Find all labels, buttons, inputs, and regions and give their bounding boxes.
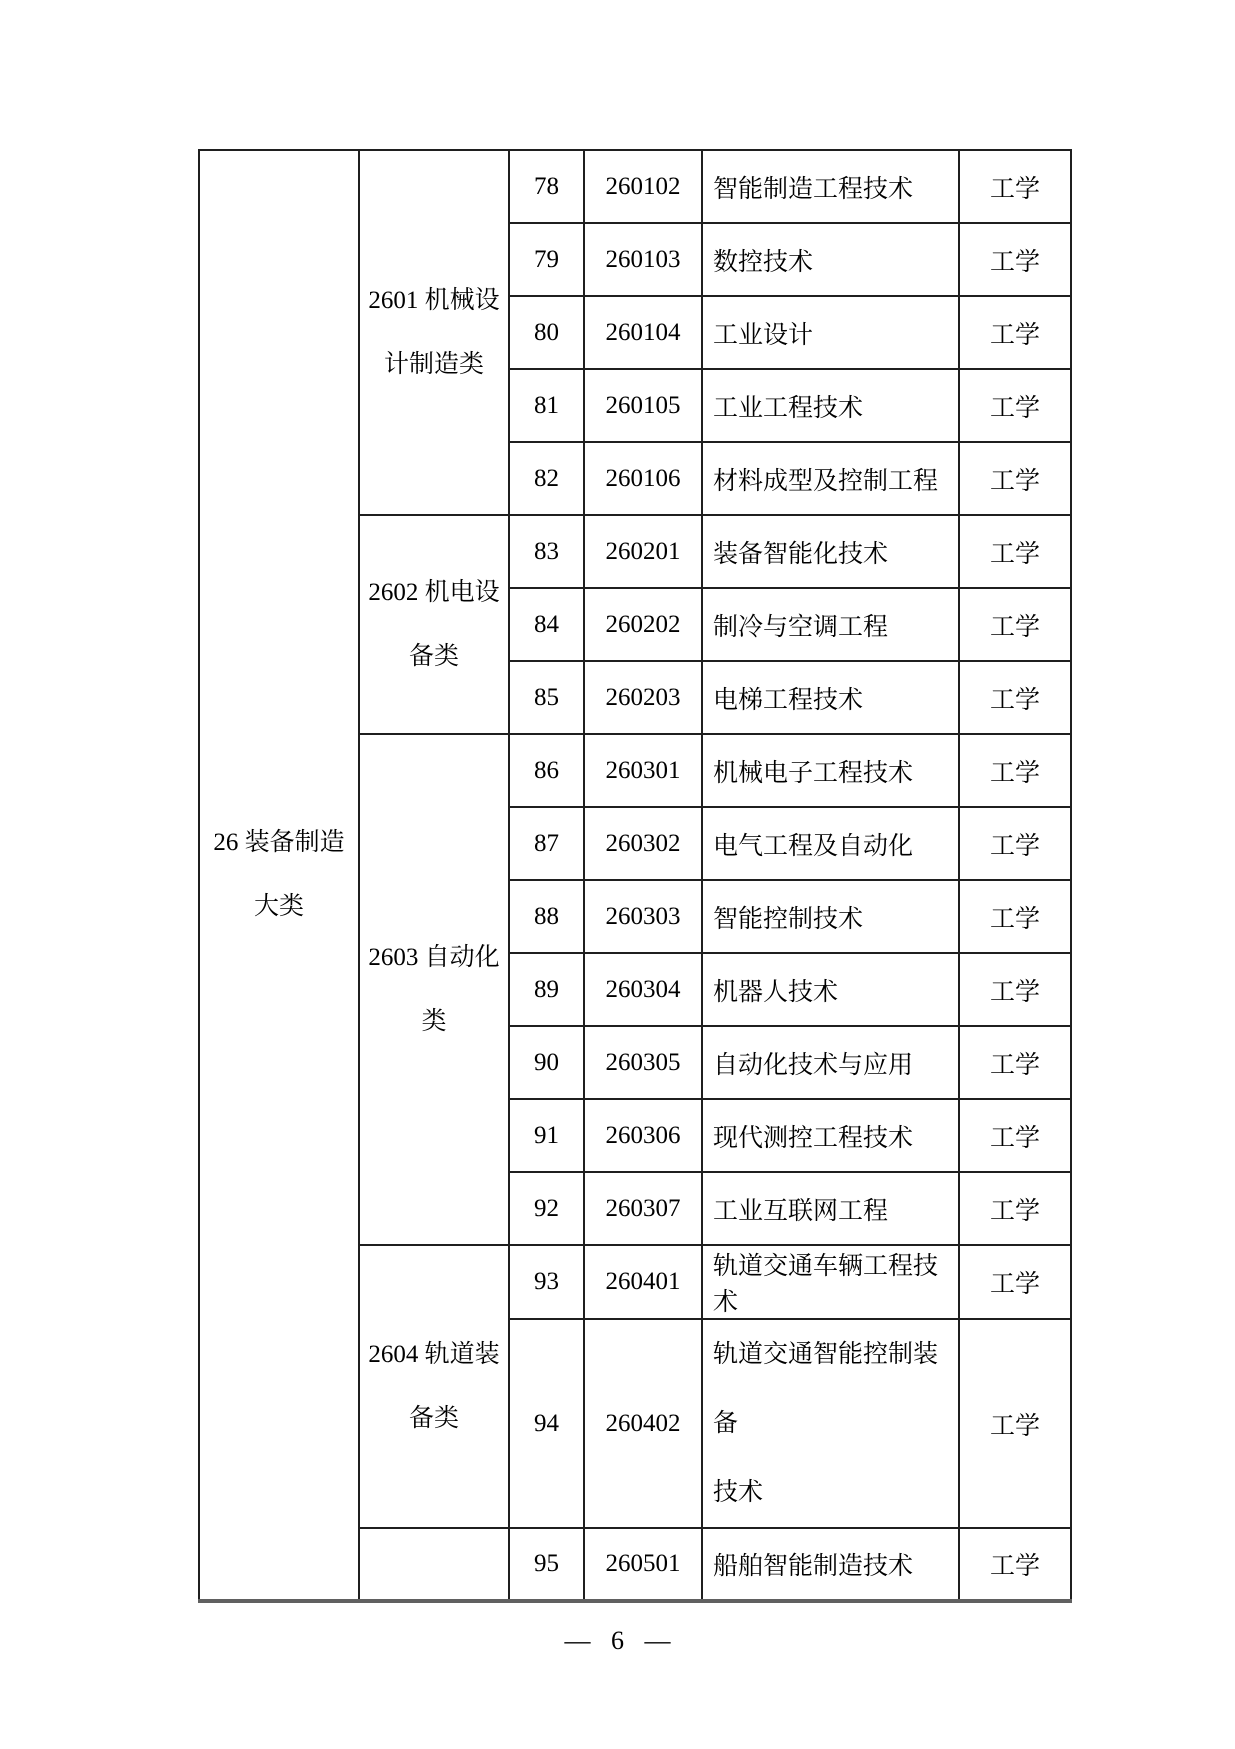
code-cell: 260307 bbox=[584, 1172, 702, 1245]
subcategory-cell: 2603 自动化 类 bbox=[359, 734, 509, 1245]
major-name-cell: 工业互联网工程 bbox=[702, 1172, 959, 1245]
discipline-cell: 工学 bbox=[959, 1026, 1071, 1099]
seq-cell: 87 bbox=[509, 807, 584, 880]
code-cell: 260102 bbox=[584, 150, 702, 223]
discipline-cell: 工学 bbox=[959, 953, 1071, 1026]
code-cell: 260501 bbox=[584, 1528, 702, 1601]
major-name-cell: 轨道交通智能控制装备 技术 bbox=[702, 1319, 959, 1528]
discipline-cell: 工学 bbox=[959, 150, 1071, 223]
major-name-cell: 机械电子工程技术 bbox=[702, 734, 959, 807]
major-name-cell: 电气工程及自动化 bbox=[702, 807, 959, 880]
major-name-cell: 数控技术 bbox=[702, 223, 959, 296]
code-cell: 260306 bbox=[584, 1099, 702, 1172]
discipline-cell: 工学 bbox=[959, 1245, 1071, 1319]
discipline-cell: 工学 bbox=[959, 369, 1071, 442]
code-cell: 260105 bbox=[584, 369, 702, 442]
seq-cell: 88 bbox=[509, 880, 584, 953]
document-page: 26 装备制造 大类2601 机械设 计制造类78260102智能制造工程技术工… bbox=[0, 0, 1235, 1749]
discipline-cell: 工学 bbox=[959, 442, 1071, 515]
major-name-cell: 自动化技术与应用 bbox=[702, 1026, 959, 1099]
discipline-cell: 工学 bbox=[959, 1319, 1071, 1528]
seq-cell: 86 bbox=[509, 734, 584, 807]
subcategory-cell: 2601 机械设 计制造类 bbox=[359, 150, 509, 515]
discipline-cell: 工学 bbox=[959, 807, 1071, 880]
page-number: — 6 — bbox=[0, 1626, 1235, 1656]
seq-cell: 90 bbox=[509, 1026, 584, 1099]
major-name-cell: 电梯工程技术 bbox=[702, 661, 959, 734]
code-cell: 260302 bbox=[584, 807, 702, 880]
discipline-cell: 工学 bbox=[959, 734, 1071, 807]
major-name-cell: 机器人技术 bbox=[702, 953, 959, 1026]
code-cell: 260106 bbox=[584, 442, 702, 515]
seq-cell: 85 bbox=[509, 661, 584, 734]
major-name-cell: 工业设计 bbox=[702, 296, 959, 369]
major-name-cell: 材料成型及控制工程 bbox=[702, 442, 959, 515]
seq-cell: 92 bbox=[509, 1172, 584, 1245]
seq-cell: 89 bbox=[509, 953, 584, 1026]
discipline-cell: 工学 bbox=[959, 515, 1071, 588]
code-cell: 260103 bbox=[584, 223, 702, 296]
code-cell: 260104 bbox=[584, 296, 702, 369]
major-name-cell: 智能制造工程技术 bbox=[702, 150, 959, 223]
discipline-cell: 工学 bbox=[959, 1099, 1071, 1172]
seq-cell: 94 bbox=[509, 1319, 584, 1528]
seq-cell: 83 bbox=[509, 515, 584, 588]
discipline-cell: 工学 bbox=[959, 588, 1071, 661]
code-cell: 260301 bbox=[584, 734, 702, 807]
seq-cell: 82 bbox=[509, 442, 584, 515]
seq-cell: 95 bbox=[509, 1528, 584, 1601]
code-cell: 260203 bbox=[584, 661, 702, 734]
majors-table: 26 装备制造 大类2601 机械设 计制造类78260102智能制造工程技术工… bbox=[198, 149, 1072, 1603]
major-name-cell: 装备智能化技术 bbox=[702, 515, 959, 588]
code-cell: 260201 bbox=[584, 515, 702, 588]
major-name-cell: 制冷与空调工程 bbox=[702, 588, 959, 661]
seq-cell: 80 bbox=[509, 296, 584, 369]
major-name-cell: 现代测控工程技术 bbox=[702, 1099, 959, 1172]
seq-cell: 93 bbox=[509, 1245, 584, 1319]
seq-cell: 81 bbox=[509, 369, 584, 442]
major-name-cell: 工业工程技术 bbox=[702, 369, 959, 442]
discipline-cell: 工学 bbox=[959, 296, 1071, 369]
seq-cell: 91 bbox=[509, 1099, 584, 1172]
subcategory-cell: 2602 机电设 备类 bbox=[359, 515, 509, 734]
top-category-cell: 26 装备制造 大类 bbox=[199, 150, 359, 1601]
major-name-cell: 智能控制技术 bbox=[702, 880, 959, 953]
discipline-cell: 工学 bbox=[959, 880, 1071, 953]
seq-cell: 78 bbox=[509, 150, 584, 223]
code-cell: 260202 bbox=[584, 588, 702, 661]
discipline-cell: 工学 bbox=[959, 223, 1071, 296]
code-cell: 260303 bbox=[584, 880, 702, 953]
code-cell: 260304 bbox=[584, 953, 702, 1026]
subcategory-cell: 2604 轨道装 备类 bbox=[359, 1245, 509, 1528]
major-name-cell: 船舶智能制造技术 bbox=[702, 1528, 959, 1601]
subcategory-cell bbox=[359, 1528, 509, 1601]
code-cell: 260402 bbox=[584, 1319, 702, 1528]
code-cell: 260305 bbox=[584, 1026, 702, 1099]
major-name-cell: 轨道交通车辆工程技术 bbox=[702, 1245, 959, 1319]
seq-cell: 84 bbox=[509, 588, 584, 661]
table-row: 26 装备制造 大类2601 机械设 计制造类78260102智能制造工程技术工… bbox=[199, 150, 1071, 223]
code-cell: 260401 bbox=[584, 1245, 702, 1319]
seq-cell: 79 bbox=[509, 223, 584, 296]
majors-table-body: 26 装备制造 大类2601 机械设 计制造类78260102智能制造工程技术工… bbox=[199, 150, 1071, 1601]
discipline-cell: 工学 bbox=[959, 661, 1071, 734]
discipline-cell: 工学 bbox=[959, 1528, 1071, 1601]
discipline-cell: 工学 bbox=[959, 1172, 1071, 1245]
